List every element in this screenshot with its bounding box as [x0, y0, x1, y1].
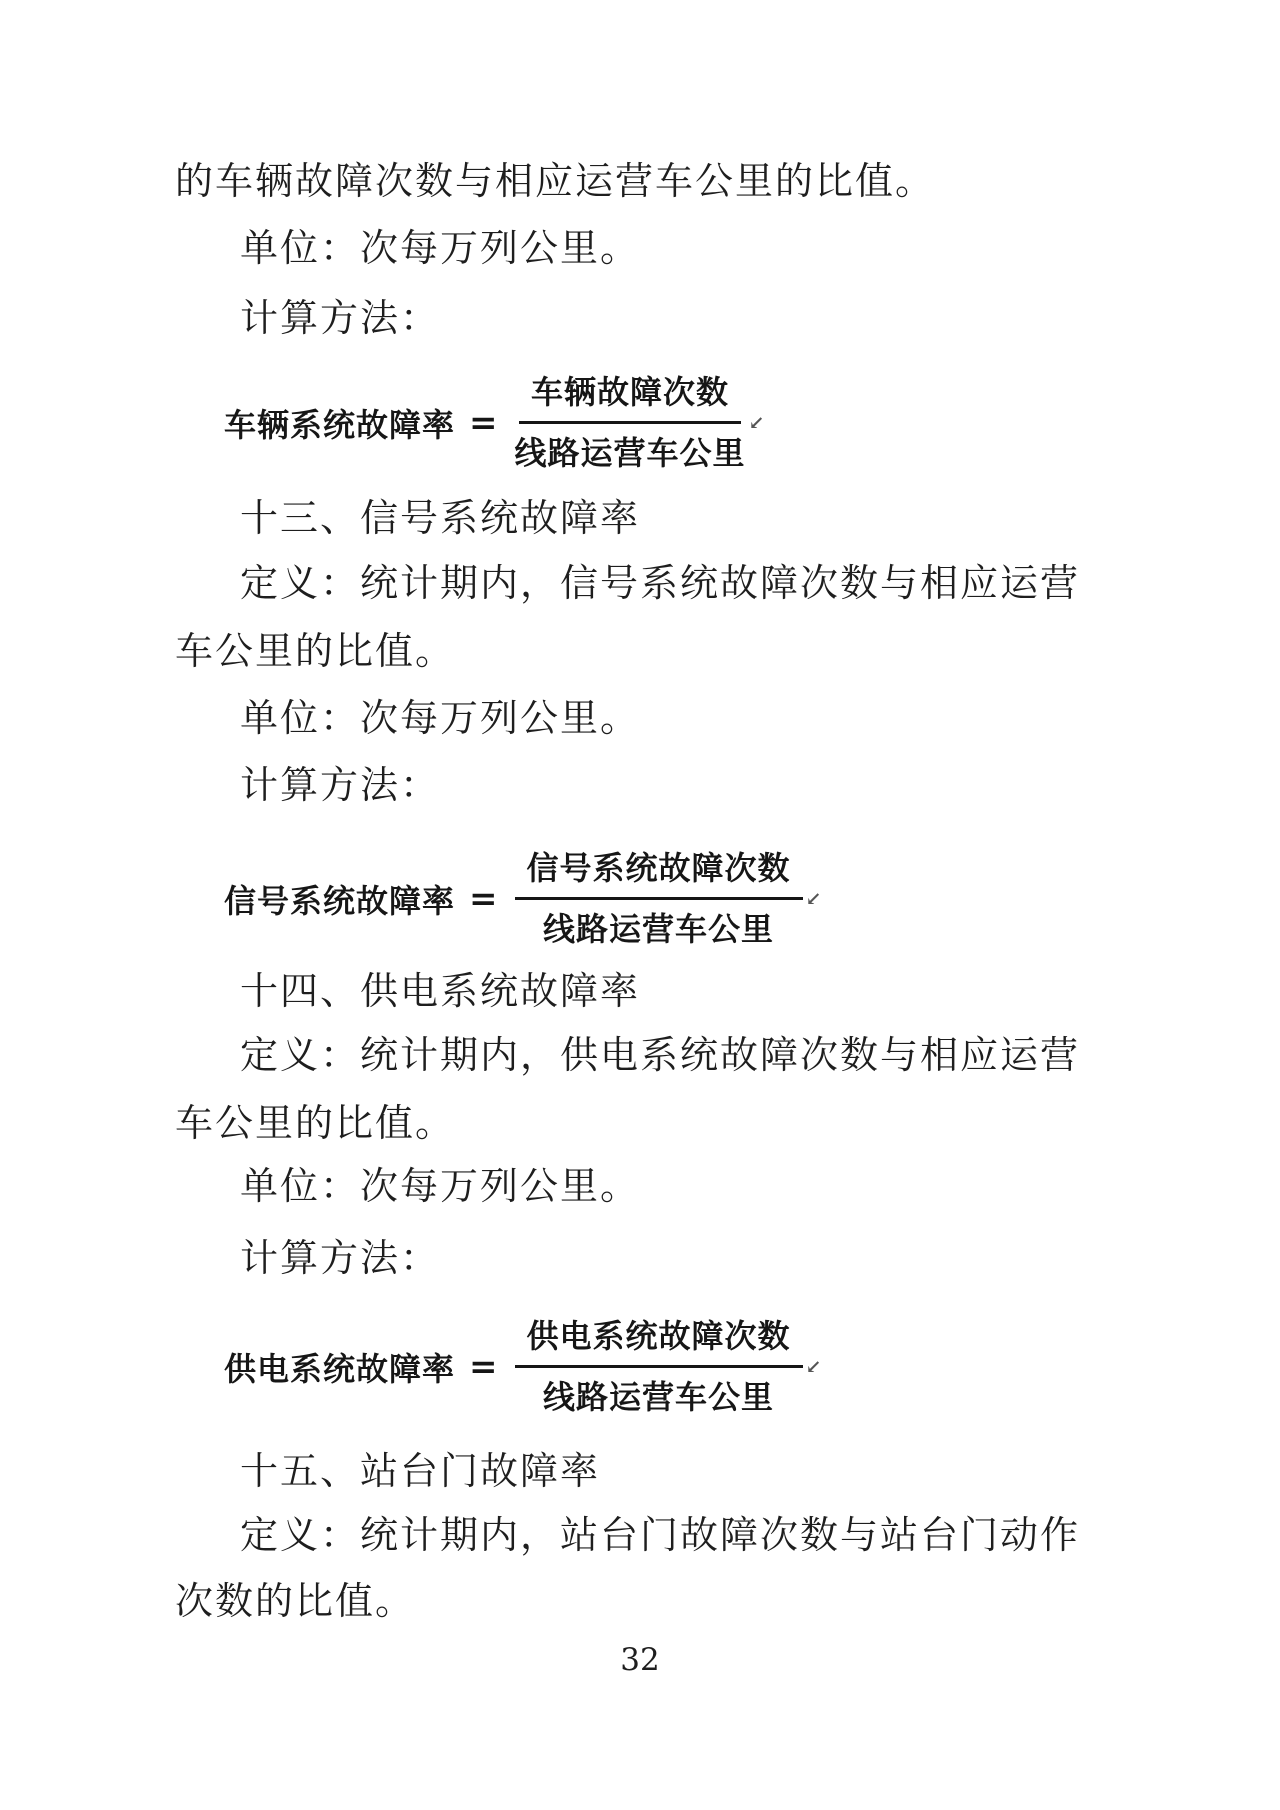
formula-power-failure-rate: 供电系统故障率 = 供电系统故障次数 线路运营车公里 ↙: [224, 1316, 821, 1417]
equals-sign: =: [469, 403, 499, 443]
method-label-power: 计算方法：: [240, 1235, 440, 1281]
fraction-numerator: 供电系统故障次数: [515, 1316, 803, 1368]
definition-line-psd-2: 次数的比值。: [175, 1578, 415, 1624]
line-break-mark-icon: ↙: [806, 1356, 822, 1378]
page-number: 32: [0, 1642, 1280, 1678]
formula-vehicle-failure-rate: 车辆系统故障率 = 车辆故障次数 线路运营车公里 ↙: [224, 372, 764, 473]
line-break-mark-icon: ↙: [749, 412, 765, 434]
fraction-denominator: 线路运营车公里: [543, 900, 774, 949]
unit-line-signal: 单位：次每万列公里。: [240, 695, 640, 741]
formula-signal-failure-rate: 信号系统故障率 = 信号系统故障次数 线路运营车公里 ↙: [224, 848, 821, 949]
document-page: 的车辆故障次数与相应运营车公里的比值。 单位：次每万列公里。 计算方法： 车辆系…: [0, 0, 1280, 1810]
method-label-vehicle: 计算方法：: [240, 295, 440, 341]
fraction-numerator: 信号系统故障次数: [515, 848, 803, 900]
unit-line-power: 单位：次每万列公里。: [240, 1163, 640, 1209]
unit-line-vehicle: 单位：次每万列公里。: [240, 225, 640, 271]
method-label-signal: 计算方法：: [240, 762, 440, 808]
fraction: 供电系统故障次数 线路运营车公里: [515, 1316, 803, 1417]
formula-lhs: 车辆系统故障率: [224, 400, 455, 446]
section-heading-14: 十四、供电系统故障率: [240, 968, 640, 1014]
definition-line-signal-1: 定义：统计期内，信号系统故障次数与相应运营: [240, 560, 1080, 606]
fraction-numerator: 车辆故障次数: [519, 372, 741, 424]
definition-line-power-2: 车公里的比值。: [175, 1100, 455, 1146]
paragraph-continuation-line: 的车辆故障次数与相应运营车公里的比值。: [175, 158, 935, 204]
fraction: 车辆故障次数 线路运营车公里: [515, 372, 746, 473]
equals-sign: =: [469, 1347, 499, 1387]
fraction-denominator: 线路运营车公里: [515, 424, 746, 473]
section-heading-15: 十五、站台门故障率: [240, 1448, 600, 1494]
definition-line-power-1: 定义：统计期内，供电系统故障次数与相应运营: [240, 1032, 1080, 1078]
formula-lhs: 供电系统故障率: [224, 1344, 455, 1390]
equals-sign: =: [469, 879, 499, 919]
definition-line-psd-1: 定义：统计期内，站台门故障次数与站台门动作: [240, 1512, 1080, 1558]
line-break-mark-icon: ↙: [806, 888, 822, 910]
fraction-denominator: 线路运营车公里: [543, 1368, 774, 1417]
formula-lhs: 信号系统故障率: [224, 876, 455, 922]
definition-line-signal-2: 车公里的比值。: [175, 628, 455, 674]
section-heading-13: 十三、信号系统故障率: [240, 495, 640, 541]
fraction: 信号系统故障次数 线路运营车公里: [515, 848, 803, 949]
